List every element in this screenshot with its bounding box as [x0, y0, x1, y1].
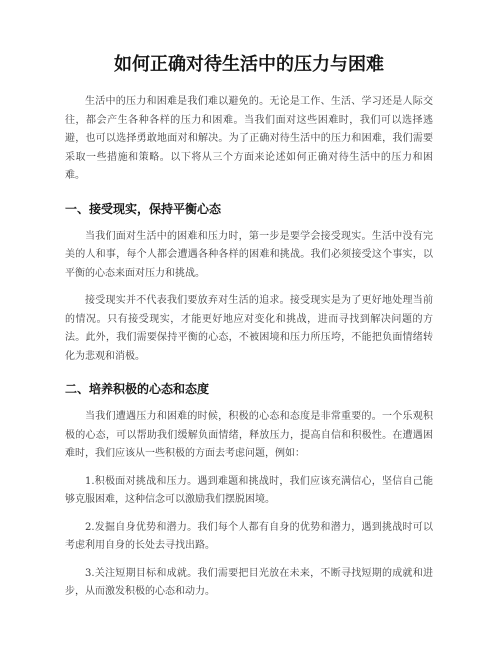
document-page: 如何正确对待生活中的压力与困难 生活中的压力和困难是我们难以避免的。无论是工作、…	[0, 0, 502, 649]
section-2-list-item-3: 3.关注短期目标和成就。我们需要把目光放在未来，不断寻找短期的成就和进步，从而激…	[65, 565, 433, 602]
section-2: 二、培养积极的心态和态度 当我们遭遇压力和困难的时候，积极的心态和态度是非常重要…	[65, 381, 433, 602]
intro-paragraph: 生活中的压力和困难是我们难以避免的。无论是工作、生活、学习还是人际交往，都会产生…	[65, 93, 433, 186]
section-2-list-item-1: 1.积极面对挑战和压力。遇到难题和挑战时，我们应该充满信心，坚信自己能够克服困难…	[65, 473, 433, 510]
section-1-heading: 一、接受现实，保持平衡心态	[65, 201, 433, 217]
section-2-heading: 二、培养积极的心态和态度	[65, 381, 433, 397]
section-1: 一、接受现实，保持平衡心态 当我们面对生活中的困难和压力时，第一步是要学会接受现…	[65, 201, 433, 367]
section-2-paragraph-1: 当我们遭遇压力和困难的时候，积极的心态和态度是非常重要的。一个乐观积极的心态，可…	[65, 408, 433, 464]
section-2-list-item-2: 2.发掘自身优势和潜力。我们每个人都有自身的优势和潜力，遇到挑战时可以考虑利用自…	[65, 519, 433, 556]
page-title: 如何正确对待生活中的压力与困难	[65, 52, 433, 78]
section-1-paragraph-2: 接受现实并不代表我们要放弃对生活的追求。接受现实是为了更好地处理当前的情况。只有…	[65, 292, 433, 366]
section-1-paragraph-1: 当我们面对生活中的困难和压力时，第一步是要学会接受现实。生活中没有完美的人和事，…	[65, 228, 433, 284]
